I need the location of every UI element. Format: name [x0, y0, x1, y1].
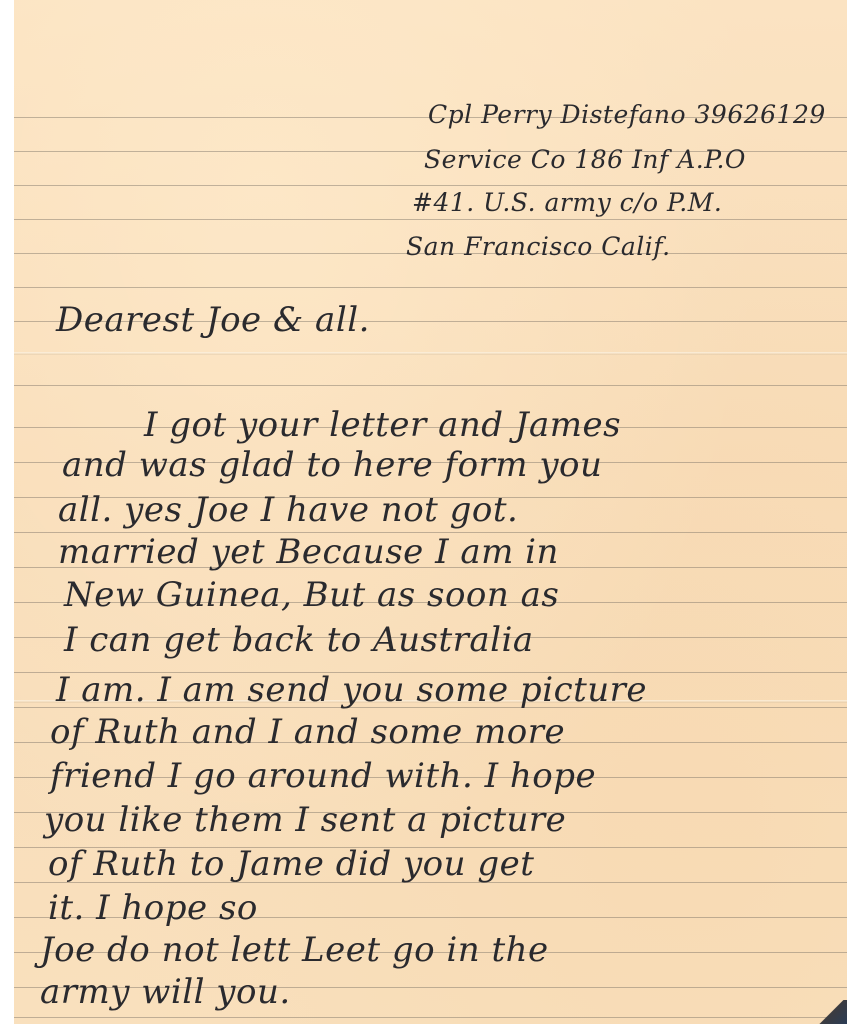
body-line: I can get back to Australia: [64, 620, 534, 660]
letter-page: Cpl Perry Distefano 39626129 Service Co …: [14, 0, 847, 1024]
body-line: New Guinea, But as soon as: [64, 575, 559, 615]
body-line: it. I hope so: [48, 888, 258, 928]
salutation: Dearest Joe & all.: [56, 300, 370, 340]
body-line: you like them I sent a picture: [44, 800, 566, 840]
body-line: of Ruth and I and some more: [50, 712, 565, 752]
ruled-line: [14, 1017, 847, 1018]
body-line: I am. I am send you some picture: [56, 670, 647, 710]
ruled-line: [14, 287, 847, 288]
fold-crease: [14, 352, 847, 355]
address-line: Service Co 186 Inf A.P.O: [424, 145, 746, 174]
body-line: Joe do not lett Leet go in the: [40, 930, 549, 970]
address-line: #41. U.S. army c/o P.M.: [412, 188, 722, 217]
address-line: Cpl Perry Distefano 39626129: [428, 100, 826, 129]
body-line: of Ruth to Jame did you get: [48, 844, 534, 884]
body-line: friend I go around with. I hope: [50, 756, 596, 796]
ruled-line: [14, 385, 847, 386]
body-line: all. yes Joe I have not got.: [58, 490, 518, 530]
body-line: married yet Because I am in: [58, 532, 559, 572]
body-line: I got your letter and James: [144, 405, 621, 445]
address-line: San Francisco Calif.: [406, 232, 671, 261]
body-line: army will you.: [40, 972, 291, 1012]
folded-corner: [817, 1000, 847, 1024]
ruled-line: [14, 219, 847, 220]
body-line: and was glad to here form you: [62, 445, 602, 485]
ruled-line: [14, 185, 847, 186]
